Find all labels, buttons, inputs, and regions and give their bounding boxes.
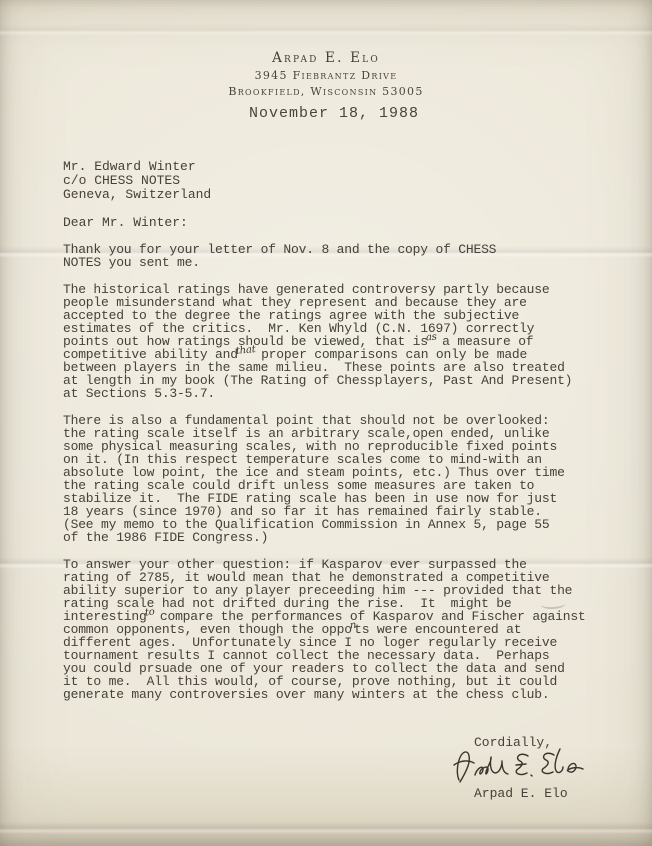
- letter-body: Thank you for your letter of Nov. 8 and …: [63, 243, 622, 715]
- letterhead-street: 3945 Fiebrantz Drive: [0, 69, 652, 82]
- recipient-line-city: Geneva, Switzerland: [63, 188, 211, 202]
- letterhead: Arpad E. Elo 3945 Fiebrantz Drive Brookf…: [0, 50, 652, 98]
- handwritten-insertion: as: [426, 337, 437, 338]
- handwritten-insertion: that: [236, 350, 256, 352]
- typewritten-line: NOTES you sent me.: [63, 256, 622, 269]
- salutation: Dear Mr. Winter:: [63, 215, 188, 230]
- letter-date: November 18, 1988: [0, 105, 652, 122]
- paragraph: There is also a fundamental point that s…: [63, 414, 622, 544]
- paragraph: Thank you for your letter of Nov. 8 and …: [63, 243, 622, 269]
- handwritten-insertion: to: [145, 612, 155, 613]
- fold-crease-top: [0, 24, 652, 36]
- recipient-line-careof: c/o CHESS NOTES: [63, 174, 211, 188]
- paragraph: To answer your other question: if Kaspar…: [63, 558, 622, 701]
- typewritten-line: of the 1986 FIDE Congress.): [63, 531, 622, 544]
- paragraph: The historical ratings have generated co…: [63, 283, 622, 400]
- typed-signature-name: Arpad E. Elo: [474, 786, 568, 801]
- handwritten-insertion: n: [350, 626, 356, 627]
- fold-crease-bottom: [0, 822, 652, 834]
- letterhead-name: Arpad E. Elo: [0, 50, 652, 66]
- letterhead-city: Brookfield, Wisconsin 53005: [0, 85, 652, 98]
- typewritten-line: at Sections 5.3-5.7.: [63, 387, 622, 400]
- recipient-line-name: Mr. Edward Winter: [63, 160, 211, 174]
- typewritten-line: generate many controversies over many wi…: [63, 688, 622, 701]
- handwritten-signature: [450, 744, 620, 788]
- scanned-letter-page: Arpad E. Elo 3945 Fiebrantz Drive Brookf…: [0, 0, 652, 846]
- recipient-address: Mr. Edward Winter c/o CHESS NOTES Geneva…: [63, 160, 211, 202]
